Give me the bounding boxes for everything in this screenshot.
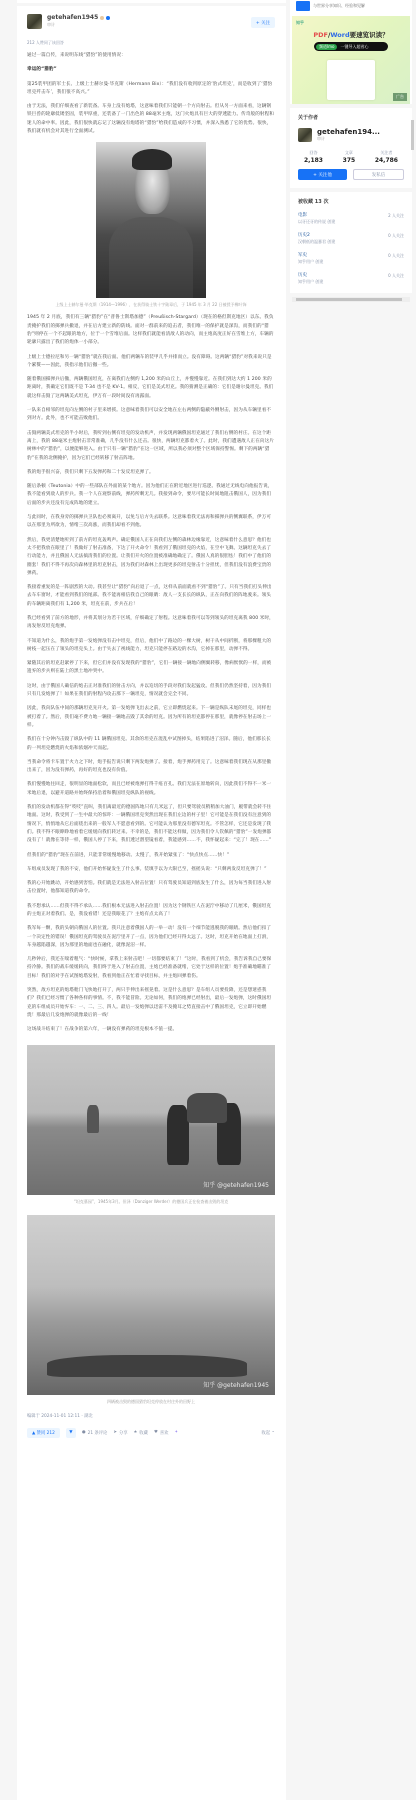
paragraph: 突然，敌方坦克的炮塔舱门飞快地打开了，两只手伸出来摇晃着。这是什么意思？是车组人… [27,987,275,1020]
paragraph: 我的炮手很兴奋，我们只剩下五发弹药和二十发反坦克弹了。 [27,469,275,477]
horizontal-scrollbar[interactable] [292,297,410,302]
message-button[interactable]: 发私信 [353,169,404,180]
stat-label: 关注者 [375,150,398,156]
share-button[interactable]: ➤分享 [113,1430,127,1436]
paragraph: 我不想承认……但我不得不承认……我们根本无法进入射击位置！因为这个钢铁巨人在泥泞… [27,903,275,920]
liked-count: 212 人赞同了该回答 [27,39,275,46]
collapse-button[interactable]: 收起 ⌃ [261,1430,275,1436]
ad-title: PDF/Word要速览识读？ [296,30,406,39]
collection-item[interactable]: 历史2汉朝低的温暴君 创建 0 人关注 [298,233,404,245]
section-heading: 幸运的“猎豹” [27,66,275,74]
about-name[interactable]: getehafen194... [317,128,380,136]
paragraph: 当我命令将卡车置于火力之下时，炮手报告说只剩下两发炮弹了。接着，炮手弹药用完了。… [27,759,275,776]
author-avatar[interactable] [27,14,42,29]
vertical-scrollbar[interactable] [411,120,414,150]
comments-button[interactable]: ●21 条评论 [82,1430,107,1436]
paragraph: 1945 年 2 月底，我们有三辆“猎豹”在“普鲁士斯塔加德”（Preußisc… [27,314,275,347]
collected-title: 被收藏 13 次 [298,198,404,205]
photo-wreck [87,1105,99,1133]
scrollbar-thumb[interactable] [296,298,402,301]
comment-icon: ● [82,1430,86,1435]
ad-logo: 知乎 [296,20,406,26]
collection-followers: 0 人关注 [388,253,404,265]
favorite-button[interactable]: ★收藏 [134,1430,148,1436]
qr-code-icon [296,1,310,11]
author-name[interactable]: getehafen1945 [47,14,251,22]
collection-followers: 2 人关注 [388,213,404,225]
photo-caption: 上级上士赫尔曼·毕克斯（1914—1996），在获得骑士铁十字勋章后，于 194… [27,301,275,308]
author-meta: getehafen1945 审计 [47,14,251,28]
collection-item[interactable]: 历史知乎用户 创建 0 人关注 [298,273,404,285]
stat-value: 2,183 [304,157,323,164]
paragraph: 车组成员发现了我的不安，他们开始怀疑发生了什么事。装填手以为大限已至，摇摇头说：… [27,866,275,874]
page: getehafen1945 审计 + 关注 212 人赞同了该回答 通过一篇自传… [0,0,416,1800]
collected-card: 被收藏 13 次 电影以牙还牙的传说 创建 2 人关注 历史2汉朝低的温暴君 创… [290,192,412,293]
answer-card: getehafen1945 审计 + 关注 212 人赞同了该回答 通过一篇自传… [17,6,286,1800]
stat-followers[interactable]: 关注者 24,786 [375,150,398,164]
paragraph: 由于无法，我们仔细查看了新装备。车身上没有炮塔，这意味着我们只能朝一个方向射击。… [27,103,275,136]
ad-tag: 广告 [393,93,407,101]
action-bar: ▲ 赞同 212 ▼ ●21 条评论 ➤分享 ★收藏 ♥喜欢 ✦ 收起 ⌃ [27,1428,275,1438]
about-author-meta: getehafen194... 审计 [317,128,380,142]
like-label: 喜欢 [160,1430,169,1436]
comments-label: 21 条评论 [88,1430,108,1436]
photo-coat [109,217,193,298]
top-strip [17,0,286,3]
stat-value: 375 [343,157,356,164]
stat-label: 回答 [304,150,323,156]
photo-horse [167,1105,189,1165]
collection-followers: 0 人关注 [388,233,404,245]
paragraph: 我的心开始跳动，开始感到害怕。我们就是无法进入射击位置！只有驾驶员知道到底发生了… [27,880,275,897]
ad-pill: 频道lmo 一键导入超省心 [314,42,388,51]
photo-watermark: 知乎 @getehafen1945 [203,1380,269,1389]
ad-title-rest: 要速览识读？ [350,31,389,39]
more-icon: ✦ [174,1430,178,1435]
paragraph: 我军每一颗，我的头朝向俄国人的位置。我只注意着俄国人的一举一动！没有一个细节能逃… [27,925,275,950]
more-button[interactable]: ✦ [174,1430,178,1435]
heart-icon: ♥ [154,1430,158,1435]
paragraph: 不知道为什么，我的炮手第一发炮弹没有击中坦克，但后，他们中了路边的一棵大树，树干… [27,638,275,655]
stat-answers[interactable]: 回答 2,183 [304,150,323,164]
paragraph: 随后条顿（Teutonia）中的一些部队在外面的某个地方。因为他们正在附近地区进… [27,483,275,508]
paragraph: 与此同时，在我身旁的掷弹兵卫队也必须离开，以免与后方失去联系。这意味着我无法再和… [27,514,275,531]
downvote-button[interactable]: ▼ [66,1428,76,1438]
badge-icon [100,16,104,20]
author-row: getehafen1945 审计 + 关注 [27,14,275,36]
ad-title-word: Word [330,31,349,39]
author-stats: 回答 2,183 文章 375 关注者 24,786 [298,150,404,164]
photo-caption: 四辆被击毁的德国猎豹坦克停放在村庄外的田野上 [27,1398,275,1405]
stat-label: 文章 [343,150,356,156]
photo-hair [132,149,172,171]
ad-title-pdf: PDF [313,31,328,39]
paragraph: 这时，由于俄国人确信的炮击正对准我们的射击方向，并以迫切的手段对我们发起猛攻。但… [27,683,275,700]
upvote-button[interactable]: ▲ 赞同 212 [27,1428,60,1438]
photo-tank [47,1355,247,1377]
promo-banner[interactable]: 与世界分享知识、经验和见解 [290,0,412,12]
ad-pill-tag: 频道lmo [316,44,337,50]
promo-card: 与世界分享知识、经验和见解 知乎 PDF/Word要速览识读？ 频道lmo 一键… [290,0,412,104]
collection-creator: 汉朝低的温暴君 创建 [298,239,335,245]
sidebar: 与世界分享知识、经验和见解 知乎 PDF/Word要速览识读？ 频道lmo 一键… [290,0,412,302]
about-author-card: 关于作者 getehafen194... 审计 回答 2,183 文章 375 [290,108,412,188]
star-icon: ★ [134,1430,138,1435]
share-label: 分享 [119,1430,128,1436]
paragraph: 但我们的“猎豹”现在在前进，只能非常缓慢地移动。太慢了，我开始紧张了：“快点快点… [27,852,275,860]
about-author: getehafen194... 审计 [298,128,404,142]
follow-author-button[interactable]: + 关注他 [298,169,347,180]
paragraph: 一队来自相邻的坦克向左侧的村子里来增援。这意味着我们可以安全地在左右两侧的隐蔽外… [27,407,275,424]
collection-creator: 以牙还牙的传说 创建 [298,219,335,225]
paragraph: 随着俄国掷弹兵后撤，两辆俄国坦克，在离我们左侧约 1,200 米的山丘上，并慢慢… [27,376,275,401]
paragraph: 上级上士德拉尼和另一辆“猎豹”就在我后面。他们两辆车的装甲几乎并排而立。没有障碍… [27,354,275,371]
stat-articles[interactable]: 文章 375 [343,150,356,164]
tank-field-photo[interactable]: 知乎 @getehafen1945 [27,1215,275,1395]
about-title: 关于作者 [298,114,404,121]
about-avatar[interactable] [298,128,312,142]
collection-creator: 知乎用户 创建 [298,259,323,265]
ad-preview-panel [327,60,375,100]
collection-item[interactable]: 电影以牙还牙的传说 创建 2 人关注 [298,213,404,225]
paragraph: 我们在十分钟内击毁了纵队中的 11 辆俄国坦克。其余的坦克在混乱中试图掉头，结果… [27,736,275,753]
photo-caption: “坦克墓园”，1945年3月。但泽（Danziger Werder）的德国兵正在… [27,1198,275,1205]
author-name-text[interactable]: getehafen1945 [47,14,98,22]
collection-item[interactable]: 军史知乎用户 创建 0 人关注 [298,253,404,265]
paragraph: 我接着重复的是一阵剧烈的大动。我甚至让“猎豹”向后退了一点，这样从前面就看不到“… [27,584,275,609]
like-button[interactable]: ♥喜欢 [154,1430,168,1436]
collection-followers: 0 人关注 [388,273,404,285]
ad-banner[interactable]: 知乎 PDF/Word要速览识读？ 频道lmo 一键导入超省心 广告 [292,16,410,104]
collection-creator: 知乎用户 创建 [298,279,323,285]
paragraph: 第25装甲团的军士长、上级上士赫尔曼·毕克斯（Hermann Bix）：“我们没… [27,81,275,98]
paragraph: 我们的发动机都在得“吱吱”直叫，我们离最近的德国阵地只有几米远了，但只要驾驶员稍… [27,804,275,845]
author-subtitle: 审计 [47,22,251,28]
paragraph: 通过一篇自传，来说明东线“猎豹”的使用情况： [27,52,275,60]
follow-button[interactable]: + 关注 [251,17,275,28]
about-subtitle: 审计 [317,136,380,142]
paragraph: 紧随其后的坦克赶紧停了下来，但它们并没有发现我的“猎豹”，它们一辆接一辆地向侧翼… [27,660,275,677]
edit-time: 编辑于 2024-11-01 12:11 · 湖北 [27,1413,275,1421]
verified-icon [106,16,110,20]
paragraph: 几秒钟后，我还在喘着粗气：“快时候，拿我上来射击吧！一切都要结束了！”这时，我看… [27,956,275,981]
paragraph: 这场战斗结束了！在战争的第六年，一辆没有弹药的坦克根本不值一提。 [27,1026,275,1034]
stat-value: 24,786 [375,157,398,164]
paragraph: 击毁两辆美式坦克的半小时后，我听到右侧有坦克的发动机声，并发现两辆俄国坦克通过了… [27,430,275,463]
about-buttons: + 关注他 发私信 [298,169,404,180]
paragraph: 我们慢慢地往回走，很明显的地面松软，而且已经被炮弹打得千疮百孔。我们无法在原地转… [27,781,275,798]
horse-cart-photo[interactable]: 知乎 @getehafen1945 [27,1045,275,1195]
paragraph: 然后，我更清楚地听到了前方的坦克轰鸣声。确定俄国人正在向我们左侧的森林边缘靠近，… [27,537,275,578]
paragraph: 因此，我向队伍中间的那辆坦克先开火。第一发炮弹飞出去之前，它立即燃烧起来。下一辆… [27,705,275,730]
section-heading-text: 幸运的“猎豹” [27,67,57,72]
favorite-label: 收藏 [139,1430,148,1436]
portrait-photo[interactable] [96,142,206,298]
share-icon: ➤ [113,1430,117,1435]
paragraph: 我已经看到了前方的地形，并将其划分为若干区域，仔细确定了射程。这意味着我可以等到… [27,615,275,632]
promo-text: 与世界分享知识、经验和见解 [313,3,365,9]
ad-pill-text: 一键导入超省心 [340,44,368,50]
photo-watermark: 知乎 @getehafen1945 [203,1180,269,1189]
photo-cart [187,1093,227,1123]
